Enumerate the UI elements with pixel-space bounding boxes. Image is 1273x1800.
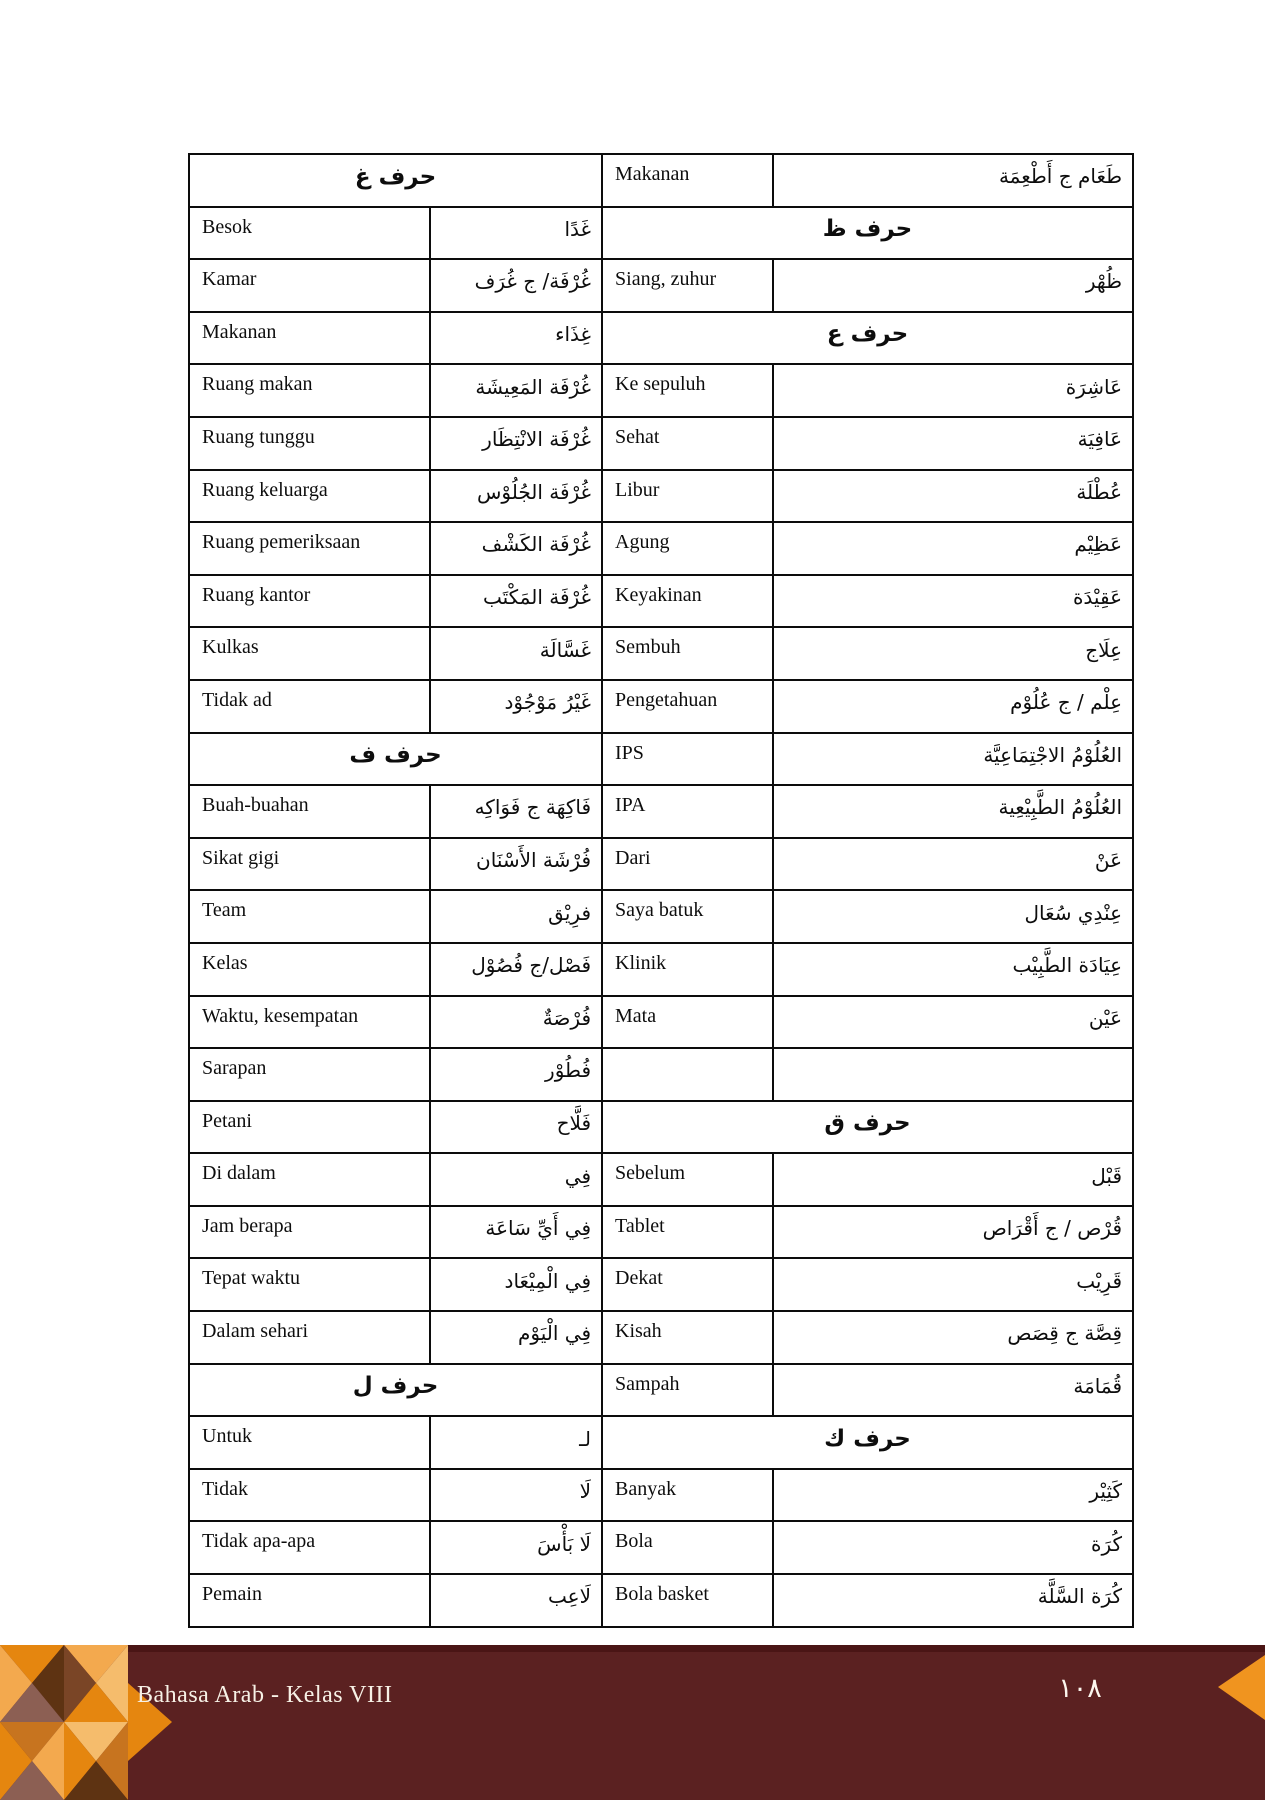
- indonesian-term-cell: Sembuh: [602, 627, 773, 680]
- indonesian-term-cell: Ruang kantor: [189, 575, 430, 628]
- page-number: ١٠٨: [1000, 1673, 1160, 1704]
- table-row: Besokغَدًاحرف ظ: [189, 207, 1133, 260]
- arabic-term-cell: عِلَاج: [773, 627, 1133, 680]
- arabic-term-cell: فرِيْق: [430, 890, 602, 943]
- section-header-cell: حرف ف: [189, 733, 602, 786]
- table-row: Dalam sehariفِي الْيَوْمKisahقِصَّة ج قِ…: [189, 1311, 1133, 1364]
- vocab-table-container: حرف غMakananطَعَام ج أَطْعِمَةBesokغَدًا…: [188, 153, 1134, 1628]
- arabic-term-cell: عِنْدِي سُعَال: [773, 890, 1133, 943]
- table-row: Tepat waktuفِي الْمِيْعَادDekatقَرِيْب: [189, 1258, 1133, 1311]
- indonesian-term-cell: Sebelum: [602, 1153, 773, 1206]
- arabic-term-cell: فِي: [430, 1153, 602, 1206]
- indonesian-term-cell: Ruang makan: [189, 364, 430, 417]
- indonesian-term-cell: IPS: [602, 733, 773, 786]
- indonesian-term-cell: Jam berapa: [189, 1206, 430, 1259]
- table-row: Petaniفَلَّاححرف ق: [189, 1101, 1133, 1154]
- arabic-term-cell: فِي الْيَوْم: [430, 1311, 602, 1364]
- indonesian-term-cell: Waktu, kesempatan: [189, 996, 430, 1049]
- table-row: حرف فIPSالعُلُوْمُ الاجْتِمَاعِيَّة: [189, 733, 1133, 786]
- vocab-table: حرف غMakananطَعَام ج أَطْعِمَةBesokغَدًا…: [188, 153, 1134, 1628]
- table-row: حرف لSampahقُمَامَة: [189, 1364, 1133, 1417]
- arabic-term-cell: غَيْرُ مَوْجُوْد: [430, 680, 602, 733]
- arabic-term-cell: كَثِيْر: [773, 1469, 1133, 1522]
- indonesian-term-cell: Tepat waktu: [189, 1258, 430, 1311]
- page: { "vocab_table": { "rows": [ {"left":{"h…: [0, 0, 1273, 1800]
- section-header-cell: حرف ظ: [602, 207, 1133, 260]
- indonesian-term-cell: Sehat: [602, 417, 773, 470]
- arabic-term-cell: عِلْم / ج عُلُوْم: [773, 680, 1133, 733]
- table-row: Ruang tungguغُرْفَة الانْتِظَارSehatعَاف…: [189, 417, 1133, 470]
- arabic-term-cell: عَاشِرَة: [773, 364, 1133, 417]
- section-header-cell: حرف ق: [602, 1101, 1133, 1154]
- arabic-term-cell: عِيَادَة الطَّبِيْب: [773, 943, 1133, 996]
- footer-bar-top-edge: [0, 1645, 1265, 1652]
- section-header-cell: حرف غ: [189, 154, 602, 207]
- arabic-term-cell: غُرْفَة الانْتِظَار: [430, 417, 602, 470]
- table-row: Buah-buahanفَاكِهَة ج فَوَاكِهIPAالعُلُو…: [189, 785, 1133, 838]
- arabic-term-cell: غُرْفَة الجُلُوْس: [430, 470, 602, 523]
- indonesian-term-cell: Dekat: [602, 1258, 773, 1311]
- indonesian-term-cell: Bola: [602, 1521, 773, 1574]
- table-row: Ruang makanغُرْفَة المَعِيشَةKe sepuluhع…: [189, 364, 1133, 417]
- indonesian-term-cell: Mata: [602, 996, 773, 1049]
- arabic-term-cell: غُرْفَة المَكْتَب: [430, 575, 602, 628]
- indonesian-term-cell: Kelas: [189, 943, 430, 996]
- arabic-term-cell: فَصْل/ج فُصُوْل: [430, 943, 602, 996]
- indonesian-term-cell: Banyak: [602, 1469, 773, 1522]
- indonesian-term-cell: Ruang pemeriksaan: [189, 522, 430, 575]
- indonesian-term-cell: Tidak apa-apa: [189, 1521, 430, 1574]
- indonesian-term-cell: Petani: [189, 1101, 430, 1154]
- arabic-term-cell: فُرْصَةٌ: [430, 996, 602, 1049]
- table-row: حرف غMakananطَعَام ج أَطْعِمَة: [189, 154, 1133, 207]
- arabic-term-cell: عُطْلَة: [773, 470, 1133, 523]
- indonesian-term-cell: Di dalam: [189, 1153, 430, 1206]
- indonesian-term-cell: Pemain: [189, 1574, 430, 1627]
- table-row: TeamفرِيْقSaya batukعِنْدِي سُعَال: [189, 890, 1133, 943]
- table-row: Ruang keluargaغُرْفَة الجُلُوْسLiburعُطْ…: [189, 470, 1133, 523]
- indonesian-term-cell: Klinik: [602, 943, 773, 996]
- arabic-term-cell: غُرْفَة المَعِيشَة: [430, 364, 602, 417]
- footer-accent-triangle-icon: [1218, 1655, 1265, 1720]
- arabic-term-cell: لَاعِب: [430, 1574, 602, 1627]
- arabic-term-cell: عَظِيْم: [773, 522, 1133, 575]
- indonesian-term-cell: Libur: [602, 470, 773, 523]
- arabic-term-cell: فِي أَيِّ سَاعَة: [430, 1206, 602, 1259]
- section-header-cell: حرف ك: [602, 1416, 1133, 1469]
- indonesian-term-cell: Dari: [602, 838, 773, 891]
- table-row: TidakلَاBanyakكَثِيْر: [189, 1469, 1133, 1522]
- table-row: Kelasفَصْل/ج فُصُوْلKlinikعِيَادَة الطَّ…: [189, 943, 1133, 996]
- indonesian-term-cell: Tidak: [189, 1469, 430, 1522]
- arabic-term-cell: غِذَاء: [430, 312, 602, 365]
- arabic-term-cell: عَيْن: [773, 996, 1133, 1049]
- arabic-term-cell: فُرْشَة الأَسْنَان: [430, 838, 602, 891]
- footer-quilt-pattern-icon: [0, 1645, 172, 1800]
- table-row: Ruang kantorغُرْفَة المَكْتَبKeyakinanعَ…: [189, 575, 1133, 628]
- arabic-term-cell: كُرَة السَّلَّة: [773, 1574, 1133, 1627]
- table-row: Tidak apa-apaلَا بَأْسَBolaكُرَة: [189, 1521, 1133, 1574]
- section-header-cell: حرف ع: [602, 312, 1133, 365]
- footer-bar: Bahasa Arab - Kelas VIII ١٠٨: [0, 1645, 1265, 1800]
- table-row: Jam berapaفِي أَيِّ سَاعَةTabletقُرْص / …: [189, 1206, 1133, 1259]
- indonesian-term-cell: Tablet: [602, 1206, 773, 1259]
- arabic-term-cell: العُلُوْمُ الطَّبِيْعِية: [773, 785, 1133, 838]
- indonesian-term-cell: Pengetahuan: [602, 680, 773, 733]
- arabic-term-cell: لَا بَأْسَ: [430, 1521, 602, 1574]
- table-row: Tidak adغَيْرُ مَوْجُوْدPengetahuanعِلْم…: [189, 680, 1133, 733]
- indonesian-term-cell: Besok: [189, 207, 430, 260]
- indonesian-term-cell: Kamar: [189, 259, 430, 312]
- indonesian-term-cell: Dalam sehari: [189, 1311, 430, 1364]
- arabic-term-cell: لـ: [430, 1416, 602, 1469]
- indonesian-term-cell: [602, 1048, 773, 1101]
- arabic-term-cell: عَنْ: [773, 838, 1133, 891]
- indonesian-term-cell: Ke sepuluh: [602, 364, 773, 417]
- arabic-term-cell: طَعَام ج أَطْعِمَة: [773, 154, 1133, 207]
- arabic-term-cell: فَلَّاح: [430, 1101, 602, 1154]
- arabic-term-cell: فَاكِهَة ج فَوَاكِه: [430, 785, 602, 838]
- table-row: Di dalamفِيSebelumقَبْل: [189, 1153, 1133, 1206]
- arabic-term-cell: عَقِيْدَة: [773, 575, 1133, 628]
- arabic-term-cell: قُمَامَة: [773, 1364, 1133, 1417]
- table-row: KulkasغَسَّالَةSembuhعِلَاج: [189, 627, 1133, 680]
- arabic-term-cell: فُطُوْر: [430, 1048, 602, 1101]
- indonesian-term-cell: Sikat gigi: [189, 838, 430, 891]
- indonesian-term-cell: Makanan: [189, 312, 430, 365]
- arabic-term-cell: غَسَّالَة: [430, 627, 602, 680]
- indonesian-term-cell: Ruang keluarga: [189, 470, 430, 523]
- table-row: Sarapanفُطُوْر: [189, 1048, 1133, 1101]
- indonesian-term-cell: Buah-buahan: [189, 785, 430, 838]
- indonesian-term-cell: Bola basket: [602, 1574, 773, 1627]
- indonesian-term-cell: Siang, zuhur: [602, 259, 773, 312]
- indonesian-term-cell: Sampah: [602, 1364, 773, 1417]
- arabic-term-cell: قِصَّة ج قِصَص: [773, 1311, 1133, 1364]
- arabic-term-cell: [773, 1048, 1133, 1101]
- indonesian-term-cell: IPA: [602, 785, 773, 838]
- arabic-term-cell: قُرْص / ج أَقْرَاص: [773, 1206, 1133, 1259]
- indonesian-term-cell: Makanan: [602, 154, 773, 207]
- arabic-term-cell: ظُهْر: [773, 259, 1133, 312]
- table-row: Sikat gigiفُرْشَة الأَسْنَانDariعَنْ: [189, 838, 1133, 891]
- table-row: PemainلَاعِبBola basketكُرَة السَّلَّة: [189, 1574, 1133, 1627]
- indonesian-term-cell: Keyakinan: [602, 575, 773, 628]
- footer-book-title: Bahasa Arab - Kelas VIII: [137, 1682, 392, 1709]
- arabic-term-cell: قَرِيْب: [773, 1258, 1133, 1311]
- table-row: Untukلـحرف ك: [189, 1416, 1133, 1469]
- arabic-term-cell: قَبْل: [773, 1153, 1133, 1206]
- arabic-term-cell: كُرَة: [773, 1521, 1133, 1574]
- arabic-term-cell: فِي الْمِيْعَاد: [430, 1258, 602, 1311]
- table-row: Kamarغُرْفَة/ ج غُرَفSiang, zuhurظُهْر: [189, 259, 1133, 312]
- indonesian-term-cell: Agung: [602, 522, 773, 575]
- arabic-term-cell: غَدًا: [430, 207, 602, 260]
- table-row: Waktu, kesempatanفُرْصَةٌMataعَيْن: [189, 996, 1133, 1049]
- arabic-term-cell: لَا: [430, 1469, 602, 1522]
- arabic-term-cell: عَافِيَة: [773, 417, 1133, 470]
- table-row: Makananغِذَاءحرف ع: [189, 312, 1133, 365]
- indonesian-term-cell: Saya batuk: [602, 890, 773, 943]
- arabic-term-cell: غُرْفَة/ ج غُرَف: [430, 259, 602, 312]
- indonesian-term-cell: Tidak ad: [189, 680, 430, 733]
- indonesian-term-cell: Ruang tunggu: [189, 417, 430, 470]
- indonesian-term-cell: Untuk: [189, 1416, 430, 1469]
- indonesian-term-cell: Sarapan: [189, 1048, 430, 1101]
- indonesian-term-cell: Team: [189, 890, 430, 943]
- arabic-term-cell: غُرْفَة الكَشْف: [430, 522, 602, 575]
- indonesian-term-cell: Kulkas: [189, 627, 430, 680]
- table-row: Ruang pemeriksaanغُرْفَة الكَشْفAgungعَظ…: [189, 522, 1133, 575]
- arabic-term-cell: العُلُوْمُ الاجْتِمَاعِيَّة: [773, 733, 1133, 786]
- section-header-cell: حرف ل: [189, 1364, 602, 1417]
- indonesian-term-cell: Kisah: [602, 1311, 773, 1364]
